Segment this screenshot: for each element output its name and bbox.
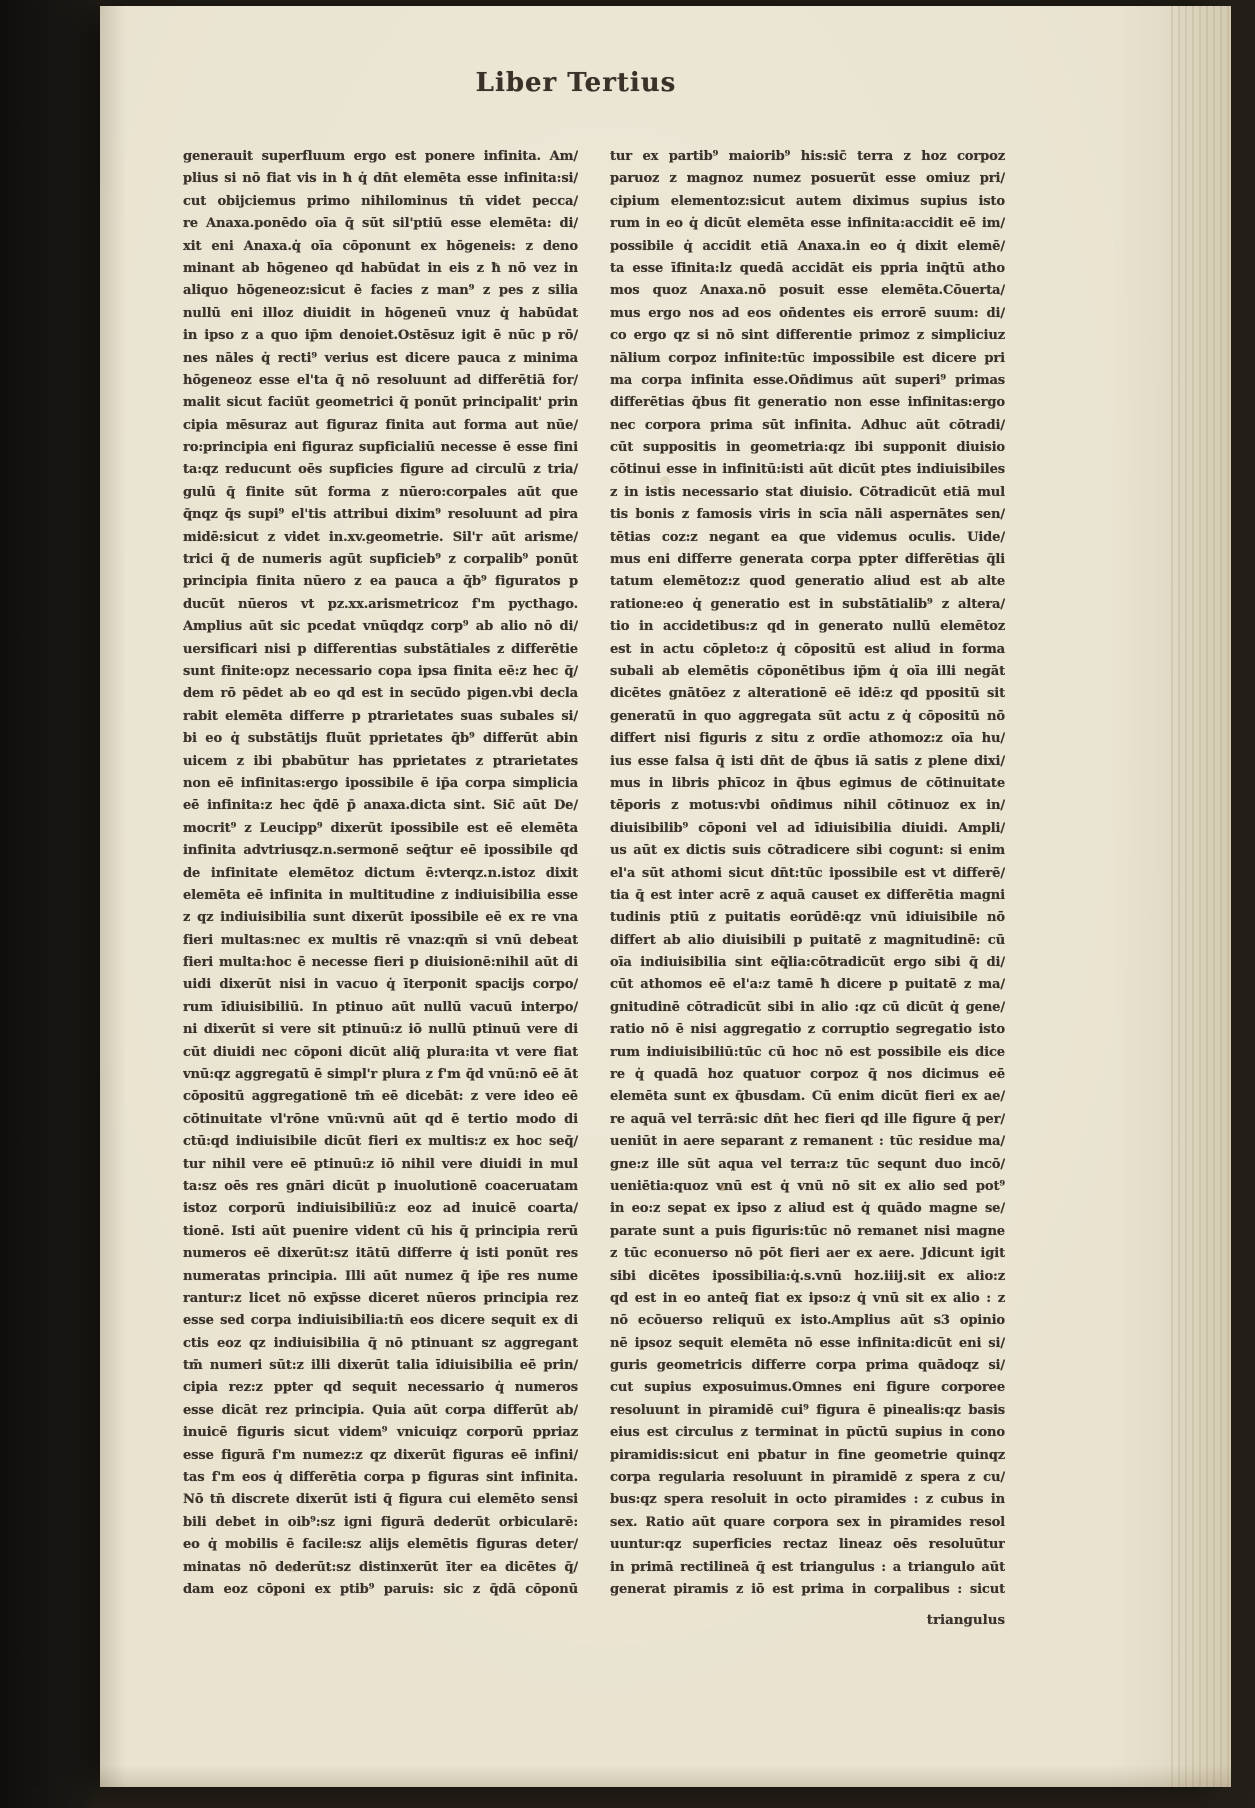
text-line: z tūc econuerso nō pōt fieri aer ex aere…	[610, 1243, 1005, 1265]
text-line: numeratas principia. Illi aūt numez q̄ i…	[183, 1266, 578, 1288]
text-line: re q̇ quadā hoz quatuor corpoz q̄ nos di…	[610, 1064, 1005, 1086]
text-line: gnitudinē cōtradicūt sibi in alio :qz cū…	[610, 997, 1005, 1019]
scanned-book-page: Liber Tertius generauit superfluum ergo …	[0, 0, 1255, 1808]
text-line: mocrit⁹ z Leucipp⁹ dixerūt ipossibile es…	[183, 818, 578, 840]
text-line: mus ergo nos ad eos on̄dentes eis errorē…	[610, 303, 1005, 325]
text-line: qd est in eo anteq̄ fiat ex ipso:z q̇ vn…	[610, 1288, 1005, 1310]
text-line: eius est circulus z terminat in pūctū su…	[610, 1422, 1005, 1444]
text-line: fieri multas:nec ex multis rē vnaz:qm̄ s…	[183, 930, 578, 952]
text-line: numeros eē dixerūt:sz itātū differre q̇ …	[183, 1243, 578, 1265]
text-line: dem rō pēdet ab eo qd est in secūdo pige…	[183, 683, 578, 705]
text-line: rum īdiuisibiliū. In ptinuo aūt nullū va…	[183, 997, 578, 1019]
text-line: nē ipsoz sequit elemēta nō esse infinita…	[610, 1333, 1005, 1355]
text-line: ro:principia eni figuraz supficialiū nec…	[183, 437, 578, 459]
text-line: piramidis:sicut eni pbatur in fine geome…	[610, 1445, 1005, 1467]
text-line: dicētes gnātōez z alterationē eē idē:z q…	[610, 683, 1005, 705]
text-line: possibile q̇ accidit etiā Anaxa.in eo q̇…	[610, 236, 1005, 258]
text-line: rum in eo q̇ dicūt elemēta esse infinita…	[610, 213, 1005, 235]
text-line: ueniūt in aere separant z remanent : tūc…	[610, 1131, 1005, 1153]
text-line: cūt athomos eē el'a:z tamē ħ dicere p pu…	[610, 974, 1005, 996]
text-line: xit eni Anaxa.q̇ oīa cōponunt ex hōgenei…	[183, 236, 578, 258]
text-line: corpa regularia resoluunt in piramidē z …	[610, 1467, 1005, 1489]
catchword: triangulus	[610, 1612, 1005, 1628]
text-line: de infinitate elemētoz dictum ē:vterqz.n…	[183, 863, 578, 885]
text-line: tm̄ numeri sūt:z illi dixerūt talia īdiu…	[183, 1355, 578, 1377]
text-line: tur ex partib⁹ maiorib⁹ his:sic̄ terra z…	[610, 146, 1005, 168]
text-line: eo q̇ mobilis ē facile:sz alijs elemētis…	[183, 1534, 578, 1556]
text-line: parate sunt a puis figuris:tūc nō remane…	[610, 1221, 1005, 1243]
text-line: nes nāles q̇ recti⁹ verius est dicere pa…	[183, 348, 578, 370]
text-line: mus in libris phīcoz in q̄bus egimus de …	[610, 773, 1005, 795]
text-line: in ipso z a quo ip̄m denoiet.Ostēsuz igi…	[183, 325, 578, 347]
text-line: plius si nō fiat vis in ħ q̇ dn̄t elemēt…	[183, 168, 578, 190]
text-line: re aquā vel terrā:sic dn̄t hec fieri qd …	[610, 1109, 1005, 1131]
text-line: ta esse īfinita:lz quedā accidāt eis ppr…	[610, 258, 1005, 280]
text-line: mus eni differre generata corpa ppter di…	[610, 549, 1005, 571]
text-line: ctū:qd indiuisibile dicūt fieri ex multi…	[183, 1131, 578, 1153]
text-line: principia finita nūero z ea pauca a q̄b⁹…	[183, 571, 578, 593]
text-line: differt ab alio diuisibili p puitatē z m…	[610, 930, 1005, 952]
text-line: elemēta eē infinita in multitudine z ind…	[183, 885, 578, 907]
text-line: rantur:z licet nō exp̄sse diceret nūeros…	[183, 1288, 578, 1310]
text-line: generatū in quo aggregata sūt actu z q̇ …	[610, 706, 1005, 728]
text-line: vnū:qz aggregatū ē simpl'r plura z f'm q…	[183, 1064, 578, 1086]
text-line: cōpositū aggregationē tm̄ eē dicebāt: z …	[183, 1086, 578, 1108]
page-fore-edge	[1171, 6, 1231, 1787]
text-line: bi eo q̇ substātijs fluūt pprietates q̄b…	[183, 728, 578, 750]
text-line: rabit elemēta differre p ptrarietates su…	[183, 706, 578, 728]
text-line: esse sed corpa indiuisibilia:tn̄ eos dic…	[183, 1310, 578, 1332]
text-line: ctis eoz qz indiuisibilia q̄ nō ptinuant…	[183, 1333, 578, 1355]
text-line: z in istis necessario stat diuisio. Cōtr…	[610, 482, 1005, 504]
text-line: nālium corpoz infinite:tūc impossibile e…	[610, 348, 1005, 370]
text-line: guris geometricis differre corpa prima q…	[610, 1355, 1005, 1377]
text-line: tas f'm eos q̇ differētia corpa p figura…	[183, 1467, 578, 1489]
text-line: tia q̄ est inter acrē z aquā causet ex d…	[610, 885, 1005, 907]
text-line: Nō tn̄ discrete dixerūt isti q̄ figura c…	[183, 1489, 578, 1511]
text-line: co ergo qz si nō sint differentie primoz…	[610, 325, 1005, 347]
text-line: est in actu cōpleto:z q̇ cōpositū est al…	[610, 639, 1005, 661]
text-column-right: tur ex partib⁹ maiorib⁹ his:sic̄ terra z…	[610, 146, 1005, 1601]
text-line: ueniētia:quoz vnū est q̇ vnū nō sit ex a…	[610, 1176, 1005, 1198]
text-line: esse figurā f'm numez:z qz dixerūt figur…	[183, 1445, 578, 1467]
text-line: cipia mēsuraz aut figuraz finita aut for…	[183, 415, 578, 437]
text-line: dam eoz cōponi ex ptib⁹ paruis: sic z q̄…	[183, 1579, 578, 1601]
text-line: tētias coz:z negant ea que videmus oculi…	[610, 527, 1005, 549]
text-line: paruoz z magnoz numez posuerūt esse omiu…	[610, 168, 1005, 190]
text-line: elemēta sunt ex q̄busdam. Cū enim dicūt …	[610, 1086, 1005, 1108]
text-line: non eē infinitas:ergo ipossibile ē ip̄a …	[183, 773, 578, 795]
text-line: generat piramis z iō est prima in corpal…	[610, 1579, 1005, 1601]
text-column-left: generauit superfluum ergo est ponere inf…	[183, 146, 578, 1601]
text-line: tur nihil vere eē ptinuū:z iō nihil vere…	[183, 1154, 578, 1176]
text-line: uersificari nisi p differentias substāti…	[183, 639, 578, 661]
text-line: sex. Ratio aūt quare corpora sex in pira…	[610, 1512, 1005, 1534]
running-title: Liber Tertius	[183, 68, 969, 98]
text-line: differētias q̄bus fit generatio non esse…	[610, 392, 1005, 414]
text-line: hōgeneoz esse el'ta q̄ nō resoluunt ad d…	[183, 370, 578, 392]
text-line: tudinis ptiū z puitatis eorūdē:qz vnū id…	[610, 907, 1005, 929]
text-line: subali ab elemētis cōponētibus ip̄m q̇ o…	[610, 661, 1005, 683]
text-line: tēporis z motus:vbi on̄dimus nihil cōtin…	[610, 795, 1005, 817]
text-line: differt nisi figuris z situ z ordīe atho…	[610, 728, 1005, 750]
text-line: ducūt nūeros vt pz.xx.arismetricoz f'm p…	[183, 594, 578, 616]
text-line: resoluunt in piramidē cui⁹ figura ē pine…	[610, 1400, 1005, 1422]
text-line: mos quoz Anaxa.nō posuit esse elemēta.Cō…	[610, 280, 1005, 302]
text-line: Amplius aūt sic pcedat vnūqdqz corp⁹ ab …	[183, 616, 578, 638]
text-line: nullū eni illoz diuidit in hōgeneū vnuz …	[183, 303, 578, 325]
text-line: ta:sz oēs res gnāri dicūt p inuolutionē …	[183, 1176, 578, 1198]
text-line: tis bonis z famosis viris in scīa nāli a…	[610, 504, 1005, 526]
text-line: sibi dicētes ipossibilia:q̇.s.vnū hoz.ii…	[610, 1266, 1005, 1288]
text-line: q̄nqz q̄s supi⁹ el'tis attribui dixim⁹ r…	[183, 504, 578, 526]
text-line: ratione:eo q̇ generatio est in substātia…	[610, 594, 1005, 616]
text-line: cut supius exposuimus.Omnes eni figure c…	[610, 1377, 1005, 1399]
text-line: ni dixerūt si vere sit ptinuū:z iō nullū…	[183, 1019, 578, 1041]
text-line: re Anaxa.ponēdo oīa q̄ sūt sil'ptiū esse…	[183, 213, 578, 235]
text-line: bus:qz spera resoluit in octo piramides …	[610, 1489, 1005, 1511]
text-line: bili debet in oib⁹:sz igni figurā dederū…	[183, 1512, 578, 1534]
text-line: cipia rez:z ppter qd sequit necessario q…	[183, 1377, 578, 1399]
text-line: in primā rectilineā q̄ est triangulus : …	[610, 1557, 1005, 1579]
text-line: uuntur:qz superficies rectaz lineaz oēs …	[610, 1534, 1005, 1556]
text-line: esse dicāt rez principia. Quia aūt corpa…	[183, 1400, 578, 1422]
text-line: gne:z ille sūt aqua vel terra:z tūc sequ…	[610, 1154, 1005, 1176]
text-line: uicem z ibi pbabūtur has pprietates z pt…	[183, 751, 578, 773]
text-line: cōtinui esse in infinitū:isti aūt dicūt …	[610, 459, 1005, 481]
text-line: inuicē figuris sicut videm⁹ vnicuiqz cor…	[183, 1422, 578, 1444]
text-line: ma corpa infinita esse.On̄dimus aūt supe…	[610, 370, 1005, 392]
text-line: minatas nō dederūt:sz distinxerūt īter e…	[183, 1557, 578, 1579]
text-line: infinita advtriusqz.n.sermonē seq̄tur eē…	[183, 840, 578, 862]
text-line: diuisibilib⁹ cōponi vel ad īdiuisibilia …	[610, 818, 1005, 840]
text-line: fieri multa:hoc ē necesse fieri p diuisi…	[183, 952, 578, 974]
text-line: tionē. Isti aūt puenire vident cū his q̄…	[183, 1221, 578, 1243]
text-line: midē:sicut z videt in.xv.geometrie. Sil'…	[183, 527, 578, 549]
text-line: eē infinita:z hec q̄dē p̄ anaxa.dicta si…	[183, 795, 578, 817]
text-line: minant ab hōgeneo qd habūdat in eis z ħ …	[183, 258, 578, 280]
text-line: ratio nō ē nisi aggregatio z corruptio s…	[610, 1019, 1005, 1041]
text-line: generauit superfluum ergo est ponere inf…	[183, 146, 578, 168]
book-paper: Liber Tertius generauit superfluum ergo …	[100, 6, 1231, 1787]
text-line: malit sicut faciūt geometrici q̄ ponūt p…	[183, 392, 578, 414]
text-line: uidi dixerūt nisi in vacuo q̇ īterponit …	[183, 974, 578, 996]
text-line: cūt suppositis in geometria:qz ibi suppo…	[610, 437, 1005, 459]
text-line: us aūt ex dictis suis cōtradicere sibi c…	[610, 840, 1005, 862]
text-line: istoz corporū indiuisibiliū:z eoz ad inu…	[183, 1198, 578, 1220]
text-line: el'a sūt athomi sicut dn̄t:tūc ipossibil…	[610, 863, 1005, 885]
text-line: tio in accidetibus:z qd in generato null…	[610, 616, 1005, 638]
text-line: aliquo hōgeneoz:sicut ē facies z man⁹ z …	[183, 280, 578, 302]
text-line: cōtinuitate vl'rōne vnū:vnū aūt qd ē ter…	[183, 1109, 578, 1131]
text-line: nō ecōuerso reliquū ex isto.Amplius aūt …	[610, 1310, 1005, 1332]
text-line: rum indiuisibiliū:tūc cū hoc nō est poss…	[610, 1042, 1005, 1064]
text-line: tatum elemētoz:z quod generatio aliud es…	[610, 571, 1005, 593]
text-line: cūt diuidi nec cōponi dicūt aliq̄ plura:…	[183, 1042, 578, 1064]
text-line: oīa indiuisibilia sint eq̄lia:cōtradicūt…	[610, 952, 1005, 974]
text-line: ta:qz reducunt oēs supficies figure ad c…	[183, 459, 578, 481]
text-line: nec corpora prima sūt infinita. Adhuc aū…	[610, 415, 1005, 437]
text-line: cipium elementoz:sicut autem diximus sup…	[610, 191, 1005, 213]
text-line: in eo:z sepat ex ipso z aliud est q̇ quā…	[610, 1198, 1005, 1220]
text-line: trici q̄ de numeris agūt supficieb⁹ z co…	[183, 549, 578, 571]
text-line: cut obijciemus primo nihilominus tn̄ vid…	[183, 191, 578, 213]
text-line: ius esse falsa q̄ isti dn̄t de q̄bus iā …	[610, 751, 1005, 773]
text-line: gulū q̄ finite sūt forma z nūero:corpale…	[183, 482, 578, 504]
text-line: sunt finite:opz necessario copa ipsa fin…	[183, 661, 578, 683]
text-line: z qz indiuisibilia sunt dixerūt ipossibi…	[183, 907, 578, 929]
